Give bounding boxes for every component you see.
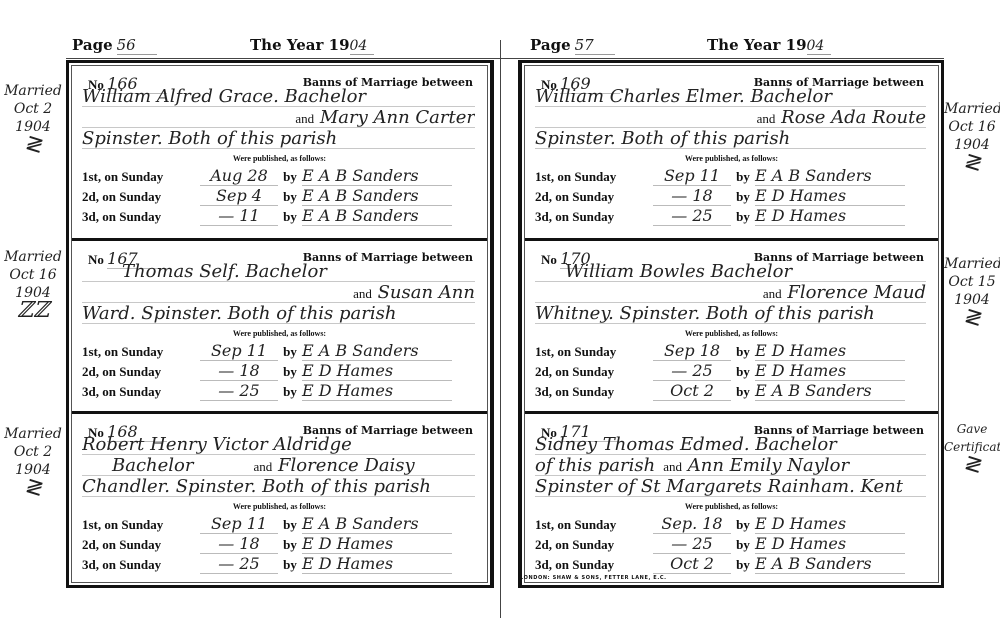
published-label: Were published, as follows: <box>525 502 938 511</box>
sunday-label: 3d, on Sunday <box>82 209 200 225</box>
initials-scribble-icon: ≷ <box>2 479 64 497</box>
publication-row: 3d, on SundayOct 2byE A B Sanders <box>535 554 926 574</box>
bride-name: Mary Ann Carter <box>320 107 475 128</box>
by-label: by <box>731 384 755 400</box>
year-label: The Year 1904 <box>707 36 831 55</box>
sunday-label: 2d, on Sunday <box>82 364 200 380</box>
bride-name: Rose Ada Route <box>781 107 926 128</box>
groom-parish: of this parish <box>535 455 655 476</box>
margin-note-line: Married <box>2 82 64 100</box>
bride-line: and Rose Ada Route <box>535 107 926 128</box>
clergy-signature: E A B Sanders <box>302 186 452 206</box>
clergy-signature: E D Hames <box>755 361 905 381</box>
page-number: 56 <box>117 36 157 55</box>
margin-note: Gave Certificate ≷ <box>944 420 1000 474</box>
publication-date: — 25 <box>653 361 731 381</box>
and-label: and <box>663 459 682 474</box>
sunday-label: 1st, on Sunday <box>535 344 653 360</box>
page-label: Page <box>530 36 571 54</box>
margin-note-line: Married <box>944 100 1000 118</box>
and-label: and <box>295 111 314 126</box>
publication-date: — 11 <box>200 206 278 226</box>
margin-note-line: Oct 16 <box>944 118 1000 136</box>
publication-date: Sep 11 <box>200 514 278 534</box>
status-line: Chandler. Spinster. Both of this parish <box>82 476 475 497</box>
sunday-label: 3d, on Sunday <box>82 557 200 573</box>
inner-frame: No 169 Banns of Marriage between William… <box>524 65 939 583</box>
initials-scribble-icon: ℤℤ <box>2 302 64 320</box>
publication-row: 2d, on Sunday— 25byE D Hames <box>535 534 926 554</box>
page-number-label: Page57 <box>530 36 615 55</box>
and-label: and <box>353 286 372 301</box>
by-label: by <box>278 517 302 533</box>
published-label: Were published, as follows: <box>72 502 487 511</box>
margin-note-line: Married <box>2 425 64 443</box>
publication-row: 2d, on Sunday— 25byE D Hames <box>535 361 926 381</box>
inner-frame: No 166 Banns of Marriage between William… <box>71 65 488 583</box>
clergy-signature: E D Hames <box>302 534 452 554</box>
banns-entry: No 171 Banns of Marriage between Sidney … <box>525 411 938 583</box>
banns-entry: No 168 Banns of Marriage between Robert … <box>72 411 487 583</box>
by-label: by <box>278 344 302 360</box>
sunday-label: 1st, on Sunday <box>535 169 653 185</box>
sunday-label: 2d, on Sunday <box>535 189 653 205</box>
year-prefix: The Year 19 <box>250 36 350 54</box>
year-suffix: 04 <box>807 38 831 55</box>
clergy-signature: E D Hames <box>302 361 452 381</box>
clergy-signature: E A B Sanders <box>302 514 452 534</box>
publication-date: Sep. 18 <box>653 514 731 534</box>
by-label: by <box>278 189 302 205</box>
groom-line: William Alfred Grace. Bachelor <box>82 86 475 107</box>
by-label: by <box>731 517 755 533</box>
sunday-label: 2d, on Sunday <box>82 537 200 553</box>
status-line: Spinster. Both of this parish <box>82 128 475 149</box>
initials-scribble-icon: ≷ <box>2 136 64 154</box>
publication-date: — 25 <box>653 534 731 554</box>
publication-row: 2d, on SundaySep 4byE A B Sanders <box>82 186 475 206</box>
clergy-signature: E A B Sanders <box>755 381 905 401</box>
sunday-label: 3d, on Sunday <box>535 384 653 400</box>
publication-row: 1st, on SundaySep 11byE A B Sanders <box>535 166 926 186</box>
banns-entry: No 166 Banns of Marriage between William… <box>72 66 487 238</box>
published-label: Were published, as follows: <box>525 154 938 163</box>
and-label: and <box>757 111 776 126</box>
publication-row: 3d, on Sunday— 11byE A B Sanders <box>82 206 475 226</box>
groom-status: Bachelor <box>112 455 193 476</box>
publication-date: — 25 <box>200 554 278 574</box>
page-number-label: Page56 <box>72 36 157 55</box>
sunday-label: 1st, on Sunday <box>82 517 200 533</box>
publication-row: 1st, on SundayAug 28byE A B Sanders <box>82 166 475 186</box>
sunday-label: 3d, on Sunday <box>535 209 653 225</box>
year-label: The Year 1904 <box>250 36 374 55</box>
sunday-label: 1st, on Sunday <box>82 344 200 360</box>
bride-line: and Mary Ann Carter <box>82 107 475 128</box>
status-line: Ward. Spinster. Both of this parish <box>82 303 475 324</box>
clergy-signature: E A B Sanders <box>302 206 452 226</box>
bride-name: Susan Ann <box>378 282 475 303</box>
publication-row: 2d, on Sunday— 18byE D Hames <box>82 361 475 381</box>
clergy-signature: E A B Sanders <box>302 341 452 361</box>
margin-note: Married Oct 16 1904 ≷ <box>944 100 1000 172</box>
banns-entry: No 170 Banns of Marriage between William… <box>525 238 938 410</box>
publication-date: — 18 <box>200 534 278 554</box>
initials-scribble-icon: ≷ <box>944 456 1000 474</box>
margin-note-line: Gave <box>944 420 1000 438</box>
groom-line: William Charles Elmer. Bachelor <box>535 86 926 107</box>
page-number: 57 <box>575 36 615 55</box>
entries-frame: No 166 Banns of Marriage between William… <box>66 60 494 588</box>
publication-row: 1st, on SundaySep. 18byE D Hames <box>535 514 926 534</box>
margin-note-line: Married <box>2 248 64 266</box>
printer-imprint: LONDON: SHAW & SONS, FETTER LANE, E.C. <box>520 575 667 581</box>
margin-note: Married Oct 2 1904 ≷ <box>2 82 64 154</box>
publication-row: 2d, on Sunday— 18byE D Hames <box>82 534 475 554</box>
clergy-signature: E D Hames <box>302 554 452 574</box>
sunday-label: 2d, on Sunday <box>82 189 200 205</box>
banns-entry: No 167 Banns of Marriage between Thomas … <box>72 238 487 410</box>
register-page-right: Page57 The Year 1904 No 169 Banns of Mar… <box>500 0 1000 618</box>
by-label: by <box>278 537 302 553</box>
bride-name: Florence Daisy <box>278 455 415 476</box>
by-label: by <box>731 189 755 205</box>
bride-name: Florence Maud <box>787 282 926 303</box>
entries-frame: No 169 Banns of Marriage between William… <box>518 60 944 588</box>
published-label: Were published, as follows: <box>72 154 487 163</box>
by-label: by <box>278 209 302 225</box>
groom-line: Thomas Self. Bachelor <box>82 261 475 282</box>
clergy-signature: E D Hames <box>755 341 905 361</box>
clergy-signature: E D Hames <box>755 514 905 534</box>
publication-date: — 25 <box>653 206 731 226</box>
publication-row: 3d, on SundayOct 2byE A B Sanders <box>535 381 926 401</box>
bride-line: Bachelorand Florence Daisy <box>82 455 475 476</box>
margin-note: Married Oct 16 1904 ℤℤ <box>2 248 64 320</box>
bride-name: Ann Emily Naylor <box>688 455 849 476</box>
clergy-signature: E D Hames <box>755 534 905 554</box>
sunday-label: 3d, on Sunday <box>82 384 200 400</box>
publication-row: 1st, on SundaySep 11byE A B Sanders <box>82 341 475 361</box>
clergy-signature: E A B Sanders <box>755 554 905 574</box>
margin-note-line: Oct 16 <box>2 266 64 284</box>
by-label: by <box>731 537 755 553</box>
clergy-signature: E D Hames <box>302 381 452 401</box>
groom-line: Robert Henry Victor Aldridge <box>82 434 475 455</box>
publication-date: Aug 28 <box>200 166 278 186</box>
publication-row: 1st, on SundaySep 11byE A B Sanders <box>82 514 475 534</box>
publication-date: — 25 <box>200 381 278 401</box>
publication-date: Oct 2 <box>653 554 731 574</box>
page-label: Page <box>72 36 113 54</box>
year-prefix: The Year 19 <box>707 36 807 54</box>
margin-note-line: Oct 2 <box>2 100 64 118</box>
groom-line: Sidney Thomas Edmed. Bachelor <box>535 434 926 455</box>
publication-row: 2d, on Sunday— 18byE D Hames <box>535 186 926 206</box>
status-line: Spinster. Both of this parish <box>535 128 926 149</box>
publication-date: Oct 2 <box>653 381 731 401</box>
publication-date: Sep 4 <box>200 186 278 206</box>
by-label: by <box>278 364 302 380</box>
initials-scribble-icon: ≷ <box>944 154 1000 172</box>
publication-date: — 18 <box>653 186 731 206</box>
clergy-signature: E D Hames <box>755 206 905 226</box>
margin-note-line: Oct 15 <box>944 273 1000 291</box>
publication-row: 3d, on Sunday— 25byE D Hames <box>535 206 926 226</box>
sunday-label: 2d, on Sunday <box>535 364 653 380</box>
register-page-left: Page56 The Year 1904 No 166 Banns of Mar… <box>0 0 500 618</box>
banns-entry: No 169 Banns of Marriage between William… <box>525 66 938 238</box>
publication-date: Sep 11 <box>200 341 278 361</box>
groom-line: William Bowles Bachelor <box>535 261 926 282</box>
bride-line: of this parishand Ann Emily Naylor <box>535 455 926 476</box>
margin-note: Married Oct 15 1904 ≷ <box>944 255 1000 327</box>
status-line: Whitney. Spinster. Both of this parish <box>535 303 926 324</box>
bride-line: and Florence Maud <box>535 282 926 303</box>
by-label: by <box>731 557 755 573</box>
initials-scribble-icon: ≷ <box>944 309 1000 327</box>
year-suffix: 04 <box>350 38 374 55</box>
published-label: Were published, as follows: <box>525 329 938 338</box>
by-label: by <box>278 169 302 185</box>
sunday-label: 3d, on Sunday <box>535 557 653 573</box>
clergy-signature: E A B Sanders <box>755 166 905 186</box>
publication-date: Sep 18 <box>653 341 731 361</box>
and-label: and <box>763 286 782 301</box>
status-line: Spinster of St Margarets Rainham. Kent <box>535 476 926 497</box>
and-label: and <box>253 459 272 474</box>
sunday-label: 1st, on Sunday <box>535 517 653 533</box>
publication-row: 3d, on Sunday— 25byE D Hames <box>82 381 475 401</box>
by-label: by <box>731 169 755 185</box>
published-label: Were published, as follows: <box>72 329 487 338</box>
publication-date: Sep 11 <box>653 166 731 186</box>
publication-row: 3d, on Sunday— 25byE D Hames <box>82 554 475 574</box>
margin-note: Married Oct 2 1904 ≷ <box>2 425 64 497</box>
by-label: by <box>731 364 755 380</box>
publication-date: — 18 <box>200 361 278 381</box>
by-label: by <box>278 384 302 400</box>
sunday-label: 2d, on Sunday <box>535 537 653 553</box>
margin-note-line: Married <box>944 255 1000 273</box>
bride-line: and Susan Ann <box>82 282 475 303</box>
sunday-label: 1st, on Sunday <box>82 169 200 185</box>
by-label: by <box>731 344 755 360</box>
by-label: by <box>278 557 302 573</box>
clergy-signature: E A B Sanders <box>302 166 452 186</box>
by-label: by <box>731 209 755 225</box>
publication-row: 1st, on SundaySep 18byE D Hames <box>535 341 926 361</box>
margin-note-line: Oct 2 <box>2 443 64 461</box>
clergy-signature: E D Hames <box>755 186 905 206</box>
